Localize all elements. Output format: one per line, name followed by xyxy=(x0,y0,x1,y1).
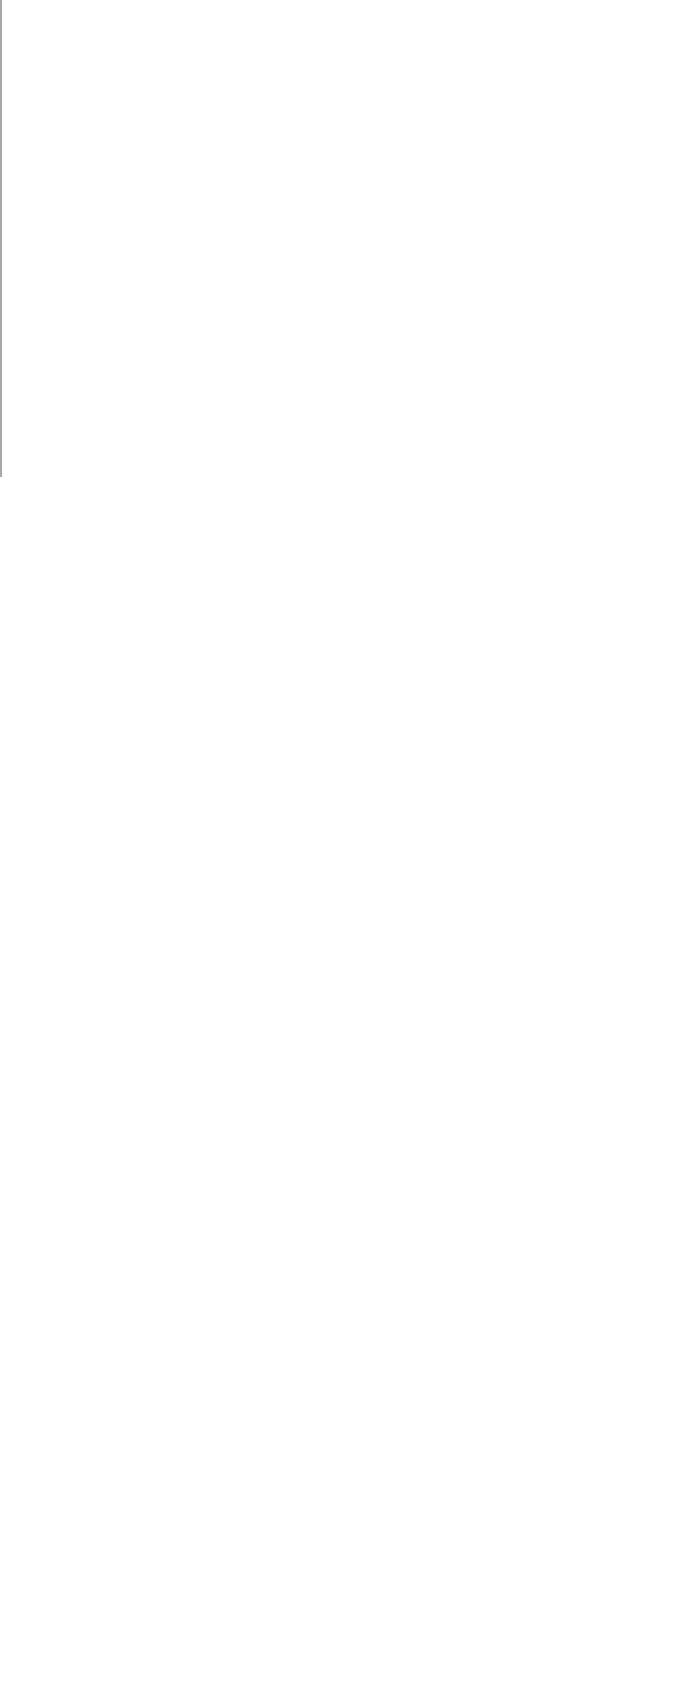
document-page-14 xyxy=(0,0,684,477)
paragraph-line xyxy=(139,113,619,135)
section-heading xyxy=(107,8,587,30)
paragraph-line xyxy=(139,43,619,65)
